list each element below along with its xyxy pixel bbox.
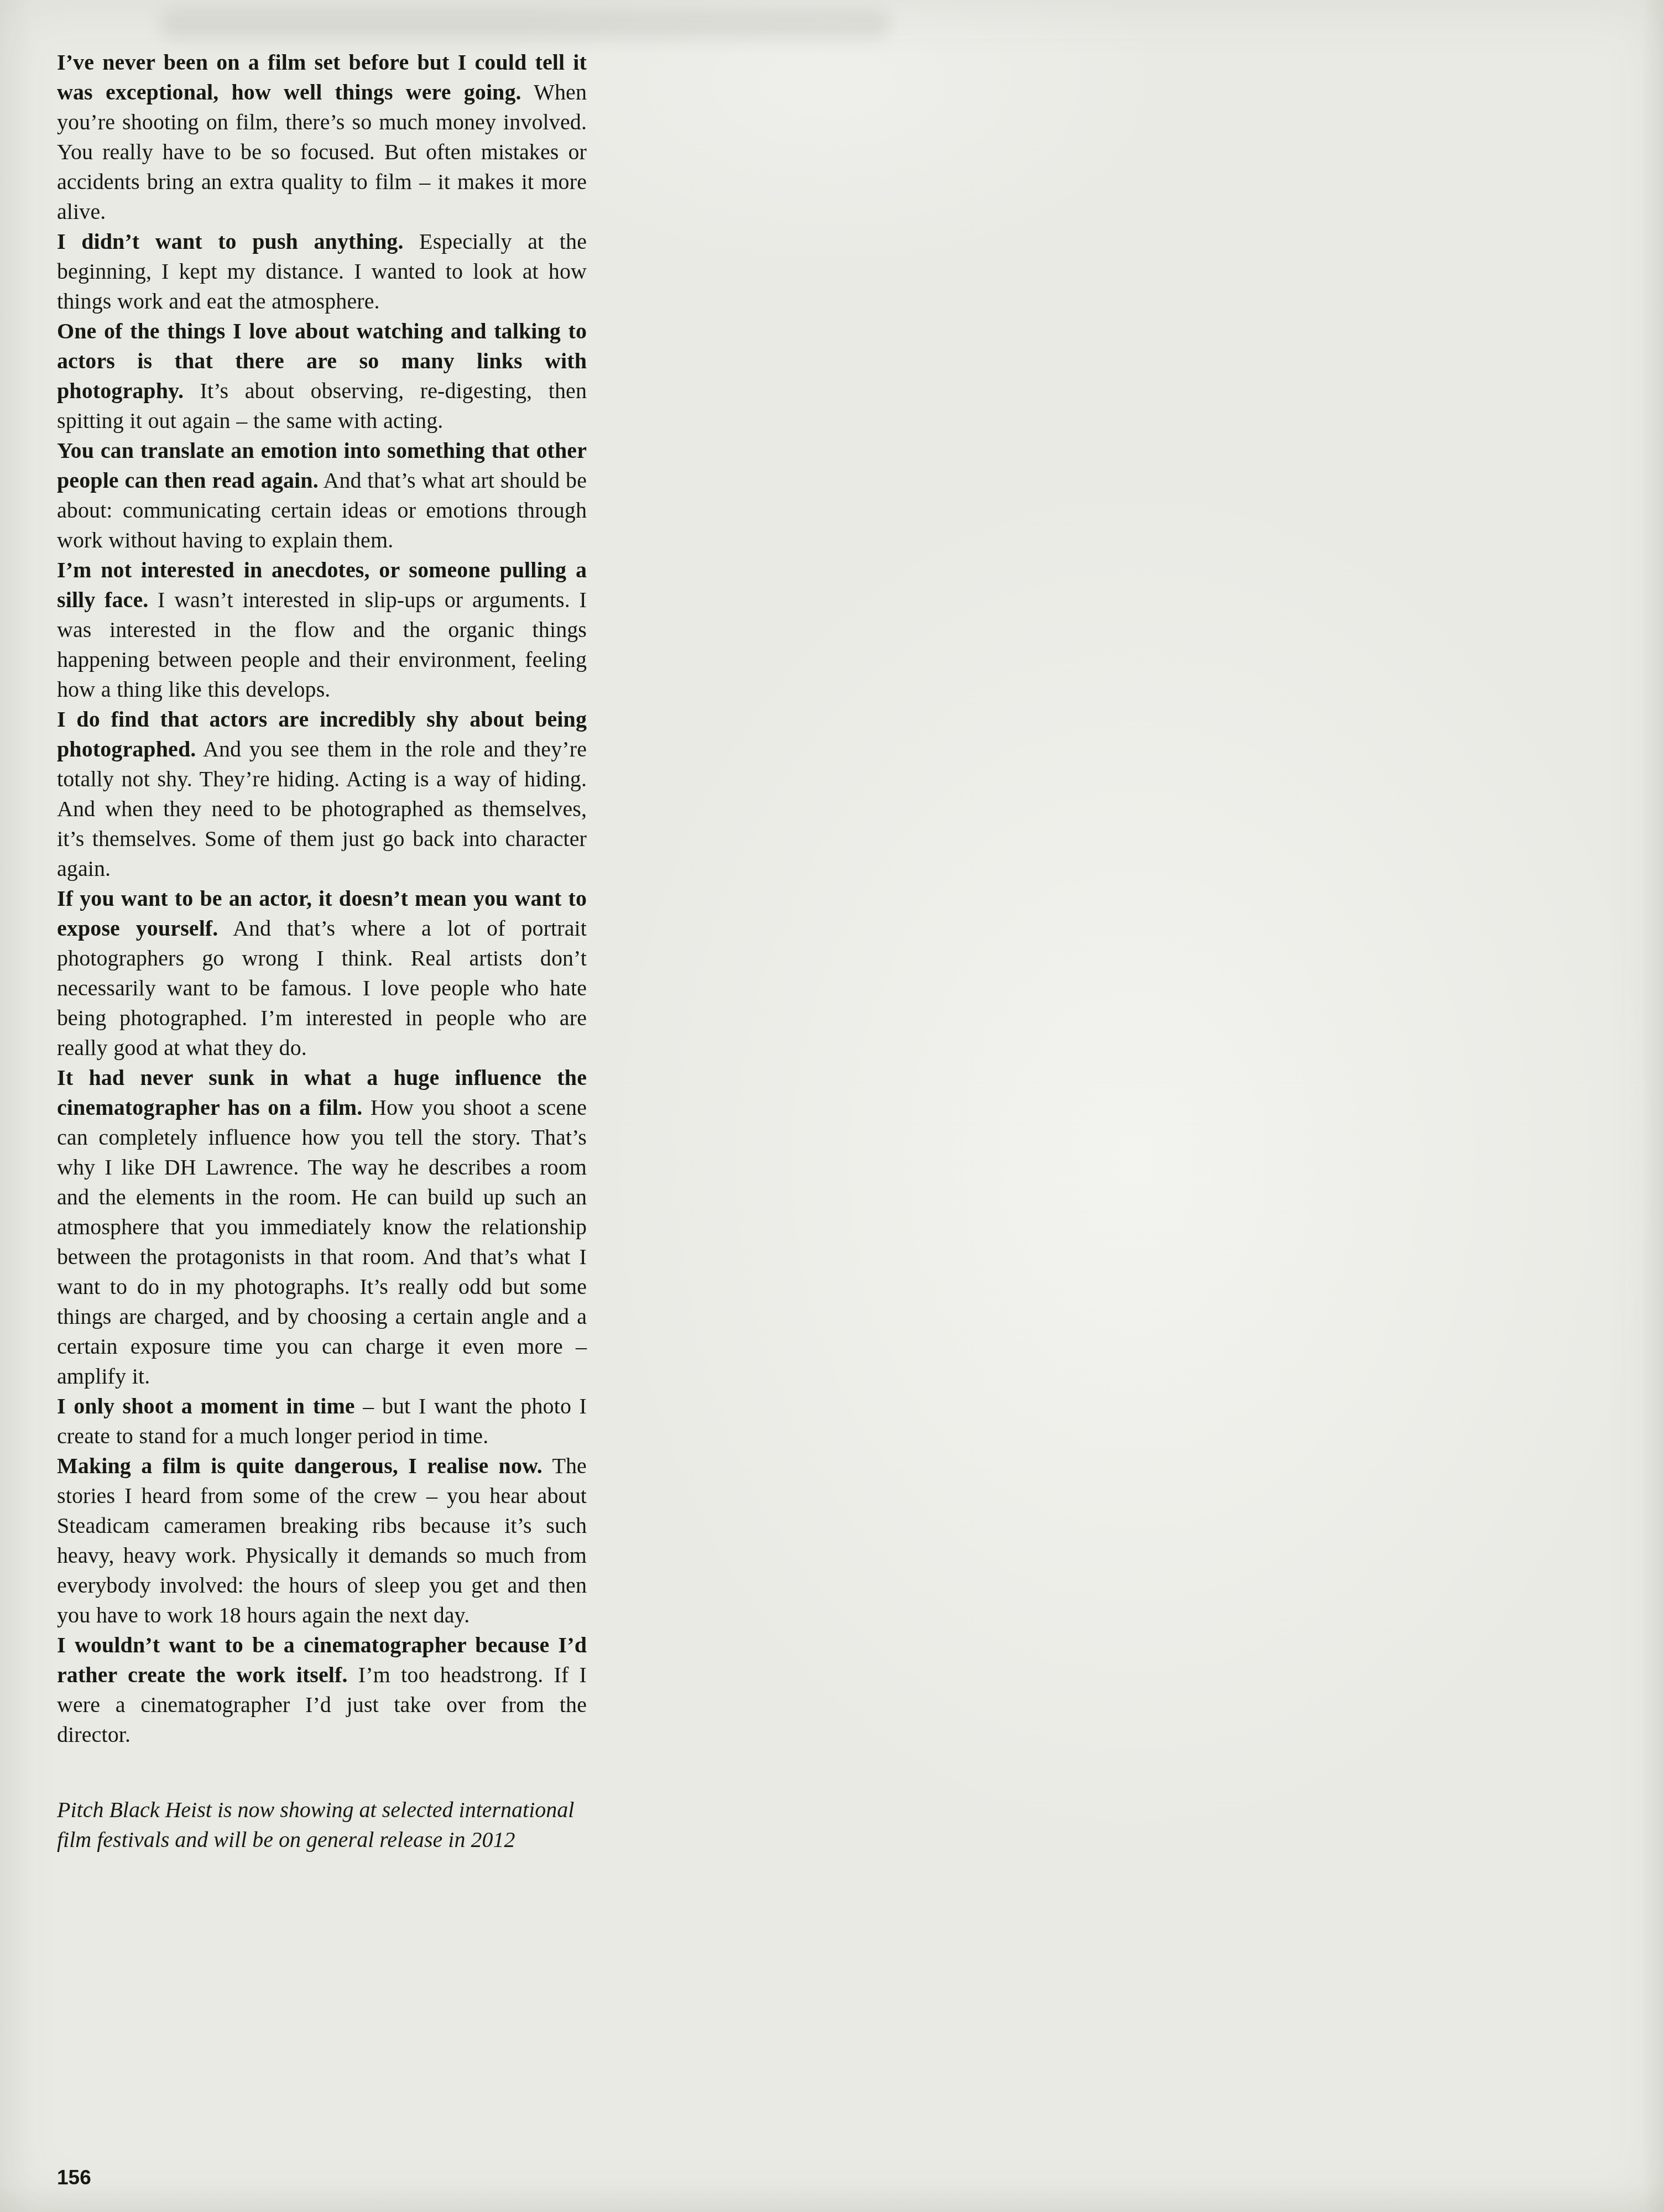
magazine-page: I’ve never been on a film set before but… <box>0 0 1664 2212</box>
paragraph-lead-bold: Making a film is quite dangerous, I real… <box>57 1453 543 1478</box>
paragraph: I didn’t want to push anything. Especial… <box>57 227 587 316</box>
paragraph: One of the things I love about watching … <box>57 316 587 436</box>
page-number: 156 <box>57 2166 91 2190</box>
paragraph-body: How you shoot a scene can completely inf… <box>57 1095 587 1389</box>
paragraph: Making a film is quite dangerous, I real… <box>57 1451 587 1630</box>
paragraph: I wouldn’t want to be a cinematographer … <box>57 1630 587 1750</box>
paragraph: You can translate an emotion into someth… <box>57 436 587 555</box>
print-showthrough <box>160 10 890 39</box>
paragraph: I’ve never been on a film set before but… <box>57 48 587 227</box>
paragraph-body: The stories I heard from some of the cre… <box>57 1453 587 1627</box>
paragraph-lead-bold: I didn’t want to push anything. <box>57 229 404 254</box>
paragraph: I do find that actors are incredibly shy… <box>57 705 587 884</box>
footnote-release-info: Pitch Black Heist is now showing at sele… <box>57 1795 587 1855</box>
paragraph-lead-bold: I only shoot a moment in time <box>57 1394 355 1418</box>
paragraph: If you want to be an actor, it doesn’t m… <box>57 884 587 1063</box>
paragraph: It had never sunk in what a huge influen… <box>57 1063 587 1391</box>
paragraph: I’m not interested in anecdotes, or some… <box>57 555 587 705</box>
article-text-column: I’ve never been on a film set before but… <box>57 48 587 1855</box>
paragraph-lead-bold: I’ve never been on a film set before but… <box>57 50 587 105</box>
paragraph: I only shoot a moment in time – but I wa… <box>57 1391 587 1451</box>
